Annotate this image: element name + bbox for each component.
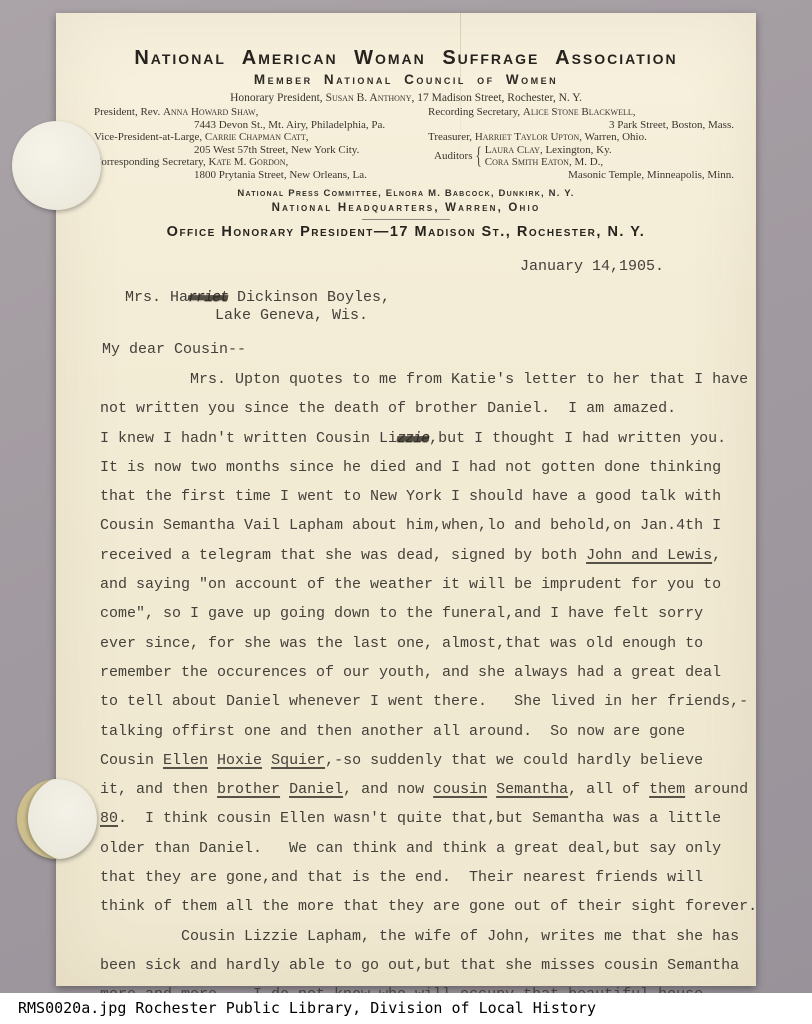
auditor-1: Laura Clay, Lexington, Ky. <box>485 144 612 157</box>
letter-line: not written you since the death of broth… <box>100 394 756 423</box>
letter-line: that the first time I went to New York I… <box>100 482 756 511</box>
letterhead-title: National American Woman Suffrage Associa… <box>56 13 756 70</box>
letter-line: I knew I hadn't written Cousin Lizzie,bu… <box>100 424 756 453</box>
letterhead: National American Woman Suffrage Associa… <box>56 13 756 240</box>
letter-content: January 14,1905. Mrs. Harriet Dickinson … <box>56 258 756 1010</box>
letterhead-divider <box>362 219 450 220</box>
letter-line: remember the occurences of our youth, an… <box>100 658 756 687</box>
brace-glyph: { <box>476 144 482 168</box>
salutation: My dear Cousin-- <box>102 341 756 358</box>
auditor-2: Cora Smith Eaton, M. D., <box>485 156 612 169</box>
letter-line: Cousin Lizzie Lapham, the wife of John, … <box>100 922 756 951</box>
letter-line: and saying "on account of the weather it… <box>100 570 756 599</box>
treasurer-line: Treasurer, Harriet Taylor Upton, Warren,… <box>428 131 734 144</box>
letter-line: Cousin Semantha Vail Lapham about him,wh… <box>100 511 756 540</box>
round-sticker-bottom-peeled <box>17 779 97 859</box>
letter-line: come", so I gave up going down to the fu… <box>100 599 756 628</box>
recording-secretary-line: Recording Secretary, Alice Stone Blackwe… <box>428 106 734 119</box>
officer-address: 7443 Devon St., Mt. Airy, Philadelphia, … <box>94 119 424 132</box>
letter-line: it, and then brother Daniel, and now cou… <box>100 775 756 804</box>
letter-line: ever since, for she was the last one, al… <box>100 629 756 658</box>
letter-body: Mrs. Upton quotes to me from Katie's let… <box>100 365 756 1010</box>
press-committee-line: National Press Committee, Elnora M. Babc… <box>56 188 756 199</box>
letter-line: been sick and hardly able to go out,but … <box>100 951 756 980</box>
caption-bar: RMS0020a.jpg Rochester Public Library, D… <box>0 993 812 1024</box>
officer-line: Corresponding Secretary, Kate M. Gordon, <box>94 156 424 169</box>
photo-background: National American Woman Suffrage Associa… <box>0 0 812 1024</box>
officers-block: President, Rev. Anna Howard Shaw,7443 De… <box>56 104 756 181</box>
officer-address: 205 West 57th Street, New York City. <box>94 144 424 157</box>
auditors-address: Masonic Temple, Minneapolis, Minn. <box>428 169 734 182</box>
letter-page: National American Woman Suffrage Associa… <box>56 13 756 986</box>
struck-out-name: rriet <box>187 289 230 306</box>
headquarters-line: National Headquarters, Warren, Ohio <box>56 202 756 214</box>
letterhead-subtitle: Member National Council of Women <box>56 72 756 87</box>
paper-crease <box>460 13 461 173</box>
letter-line: It is now two months since he died and I… <box>100 453 756 482</box>
office-honorary-president-line: Office Honorary President—17 Madison St.… <box>56 224 756 240</box>
letter-line: talking offirst one and then another all… <box>100 717 756 746</box>
officers-left: President, Rev. Anna Howard Shaw,7443 De… <box>94 106 424 181</box>
officers-right: Recording Secretary, Alice Stone Blackwe… <box>428 106 734 181</box>
letter-date: January 14,1905. <box>520 258 756 275</box>
letter-line: to tell about Daniel whenever I went the… <box>100 687 756 716</box>
honorary-president-line: Honorary President, Susan B. Anthony, 17… <box>56 92 756 104</box>
recording-secretary-address: 3 Park Street, Boston, Mass. <box>428 119 734 132</box>
recipient-name-line: Mrs. Harriet Dickinson Boyles, <box>125 289 756 306</box>
round-sticker-top <box>12 121 101 210</box>
officer-line: President, Rev. Anna Howard Shaw, <box>94 106 424 119</box>
letter-line: think of them all the more that they are… <box>100 892 756 921</box>
letter-line: Cousin Ellen Hoxie Squier,-so suddenly t… <box>100 746 756 775</box>
recipient-city-line: Lake Geneva, Wis. <box>215 307 756 324</box>
letter-line: older than Daniel. We can think and thin… <box>100 834 756 863</box>
letter-line: Mrs. Upton quotes to me from Katie's let… <box>100 365 756 394</box>
officer-address: 1800 Prytania Street, New Orleans, La. <box>94 169 424 182</box>
letter-line: 80. I think cousin Ellen wasn't quite th… <box>100 804 756 833</box>
auditors-group: Auditors { Laura Clay, Lexington, Ky. Co… <box>428 144 734 169</box>
letter-line: that they are gone,and that is the end. … <box>100 863 756 892</box>
letter-line: received a telegram that she was dead, s… <box>100 541 756 570</box>
officer-line: Vice-President-at-Large, Carrie Chapman … <box>94 131 424 144</box>
